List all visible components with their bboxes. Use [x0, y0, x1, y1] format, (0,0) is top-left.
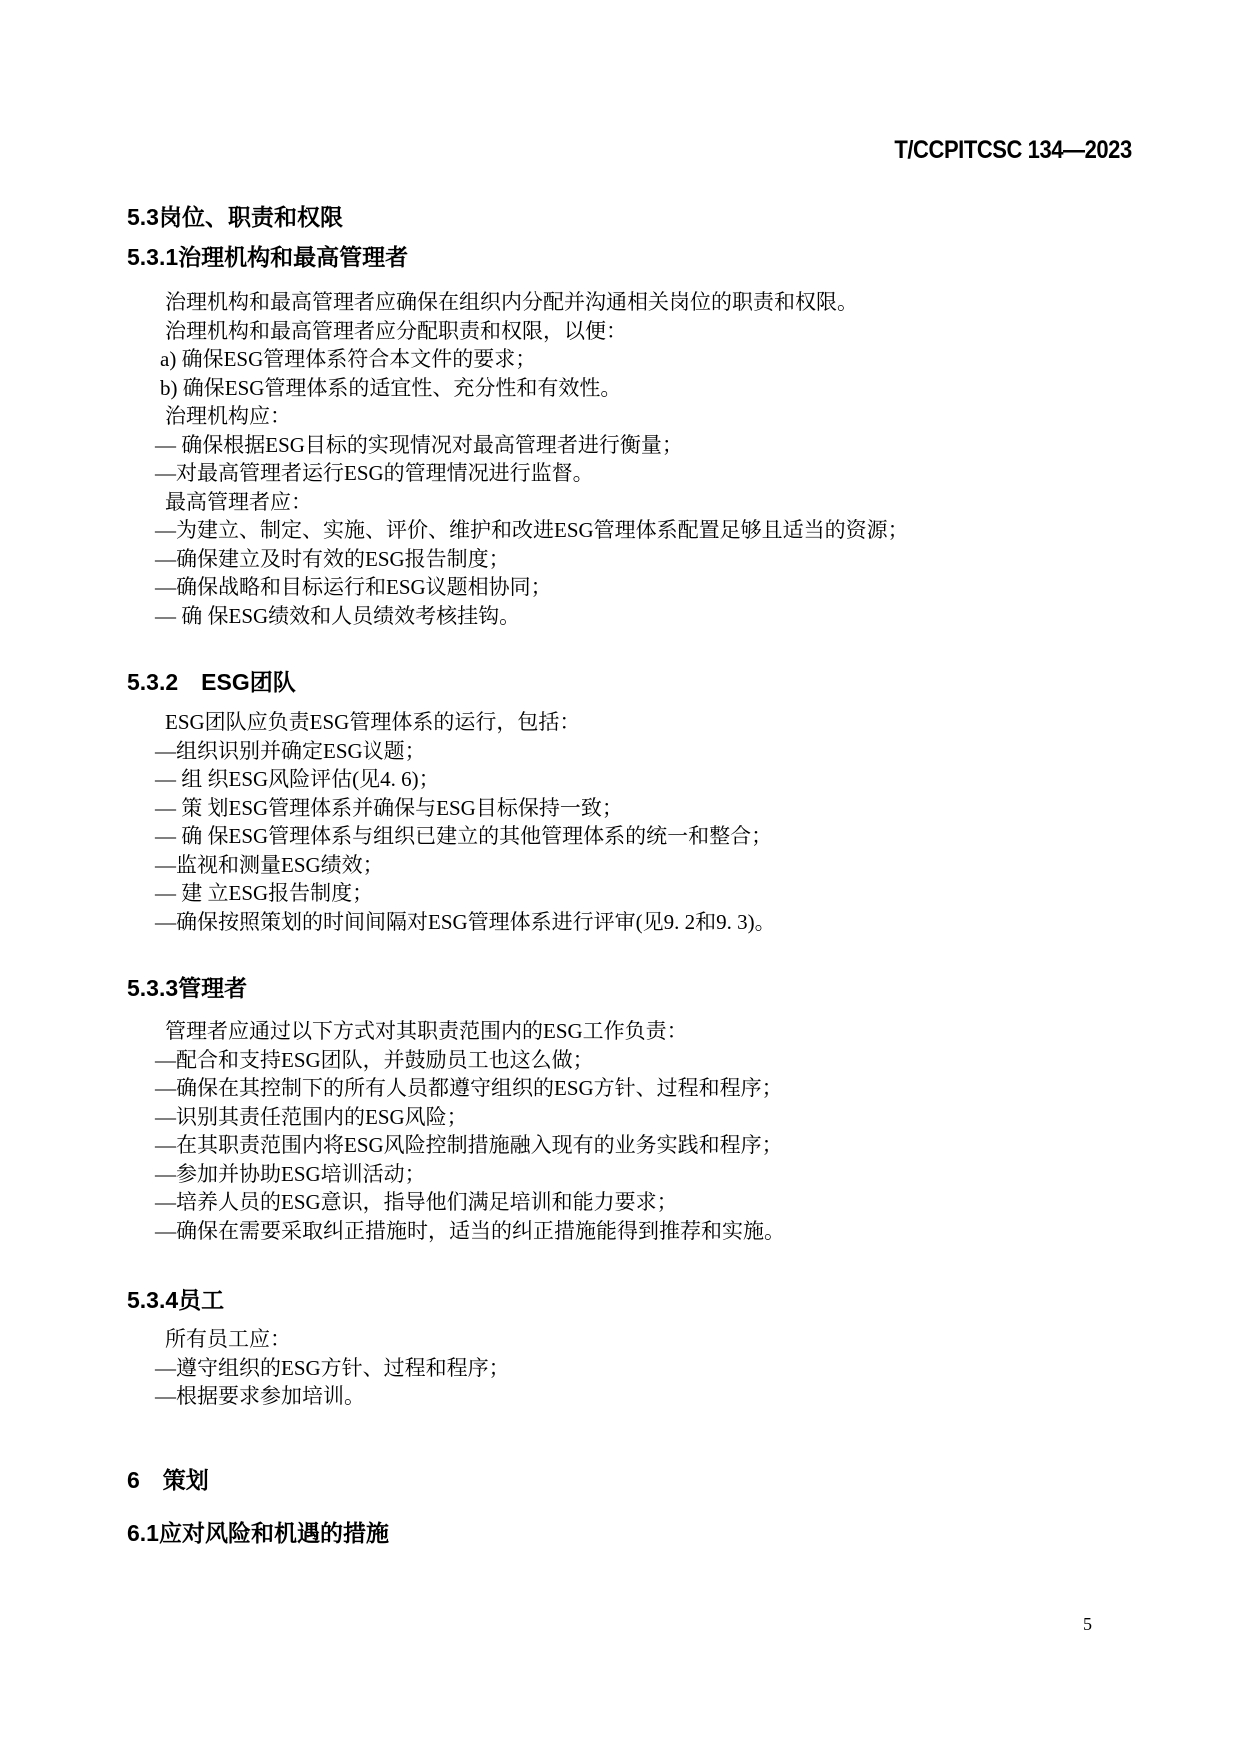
document-page: T/CCPITCSC 134—2023 5.3岗位、职责和权限 5.3.1治理机…: [0, 0, 1240, 1755]
doc-line: — 确保根据ESG目标的实现情况对最高管理者进行衡量；: [127, 431, 1150, 460]
standard-code-header: T/CCPITCSC 134—2023: [895, 136, 1132, 165]
clause-heading-5-3-3: 5.3.3管理者: [127, 973, 1150, 1003]
doc-line: —确保在需要采取纠正措施时，适当的纠正措施能得到推荐和实施。: [127, 1217, 1150, 1246]
doc-line: 所有员工应：: [127, 1325, 1150, 1354]
document-content: 5.3岗位、职责和权限 5.3.1治理机构和最高管理者 治理机构和最高管理者应确…: [0, 0, 1240, 1548]
doc-line: —确保在其控制下的所有人员都遵守组织的ESG方针、过程和程序；: [127, 1074, 1150, 1103]
doc-line: — 确 保ESG绩效和人员绩效考核挂钩。: [127, 602, 1150, 631]
doc-line: —配合和支持ESG团队，并鼓励员工也这么做；: [127, 1046, 1150, 1075]
doc-line: 治理机构和最高管理者应确保在组织内分配并沟通相关岗位的职责和权限。: [127, 288, 1150, 317]
doc-line: —对最高管理者运行ESG的管理情况进行监督。: [127, 459, 1150, 488]
doc-line: —培养人员的ESG意识，指导他们满足培训和能力要求；: [127, 1188, 1150, 1217]
doc-line: 治理机构应：: [127, 402, 1150, 431]
doc-line: —在其职责范围内将ESG风险控制措施融入现有的业务实践和程序；: [127, 1131, 1150, 1160]
clause-5-3-2-body: ESG团队应负责ESG管理体系的运行，包括： —组织识别并确定ESG议题； — …: [127, 708, 1150, 936]
doc-line: —确保按照策划的时间间隔对ESG管理体系进行评审(见9. 2和9. 3)。: [127, 908, 1150, 937]
clause-heading-5-3-2: 5.3.2 ESG团队: [127, 667, 1150, 697]
doc-line: a) 确保ESG管理体系符合本文件的要求；: [127, 345, 1150, 374]
doc-line: —确保战略和目标运行和ESG议题相协同；: [127, 573, 1150, 602]
doc-line: —组织识别并确定ESG议题；: [127, 737, 1150, 766]
doc-line: —遵守组织的ESG方针、过程和程序；: [127, 1354, 1150, 1383]
clause-5-3-1-body: 治理机构和最高管理者应确保在组织内分配并沟通相关岗位的职责和权限。 治理机构和最…: [127, 288, 1150, 630]
clause-heading-5-3-4: 5.3.4员工: [127, 1285, 1150, 1315]
doc-line: 治理机构和最高管理者应分配职责和权限，以便：: [127, 317, 1150, 346]
clause-5-3-3-body: 管理者应通过以下方式对其职责范围内的ESG工作负责： —配合和支持ESG团队，并…: [127, 1017, 1150, 1245]
clause-heading-6-1: 6.1应对风险和机遇的措施: [127, 1518, 1150, 1548]
doc-line: b) 确保ESG管理体系的适宜性、充分性和有效性。: [127, 374, 1150, 403]
doc-line: ESG团队应负责ESG管理体系的运行，包括：: [127, 708, 1150, 737]
page-number: 5: [1083, 1613, 1092, 1635]
doc-line: —为建立、制定、实施、评价、维护和改进ESG管理体系配置足够且适当的资源；: [127, 516, 1150, 545]
clause-heading-6: 6 策划: [127, 1465, 1150, 1495]
doc-line: — 策 划ESG管理体系并确保与ESG目标保持一致；: [127, 794, 1150, 823]
doc-line: — 确 保ESG管理体系与组织已建立的其他管理体系的统一和整合；: [127, 822, 1150, 851]
doc-line: —监视和测量ESG绩效；: [127, 851, 1150, 880]
clause-heading-5-3-1: 5.3.1治理机构和最高管理者: [127, 242, 1150, 272]
doc-line: 管理者应通过以下方式对其职责范围内的ESG工作负责：: [127, 1017, 1150, 1046]
doc-line: — 组 织ESG风险评估(见4. 6)；: [127, 765, 1150, 794]
clause-5-3-4-body: 所有员工应： —遵守组织的ESG方针、过程和程序； —根据要求参加培训。: [127, 1325, 1150, 1411]
doc-line: —参加并协助ESG培训活动；: [127, 1160, 1150, 1189]
doc-line: 最高管理者应：: [127, 488, 1150, 517]
doc-line: —确保建立及时有效的ESG报告制度；: [127, 545, 1150, 574]
doc-line: —根据要求参加培训。: [127, 1382, 1150, 1411]
doc-line: — 建 立ESG报告制度；: [127, 879, 1150, 908]
clause-heading-5-3: 5.3岗位、职责和权限: [127, 202, 1150, 232]
doc-line: —识别其责任范围内的ESG风险；: [127, 1103, 1150, 1132]
